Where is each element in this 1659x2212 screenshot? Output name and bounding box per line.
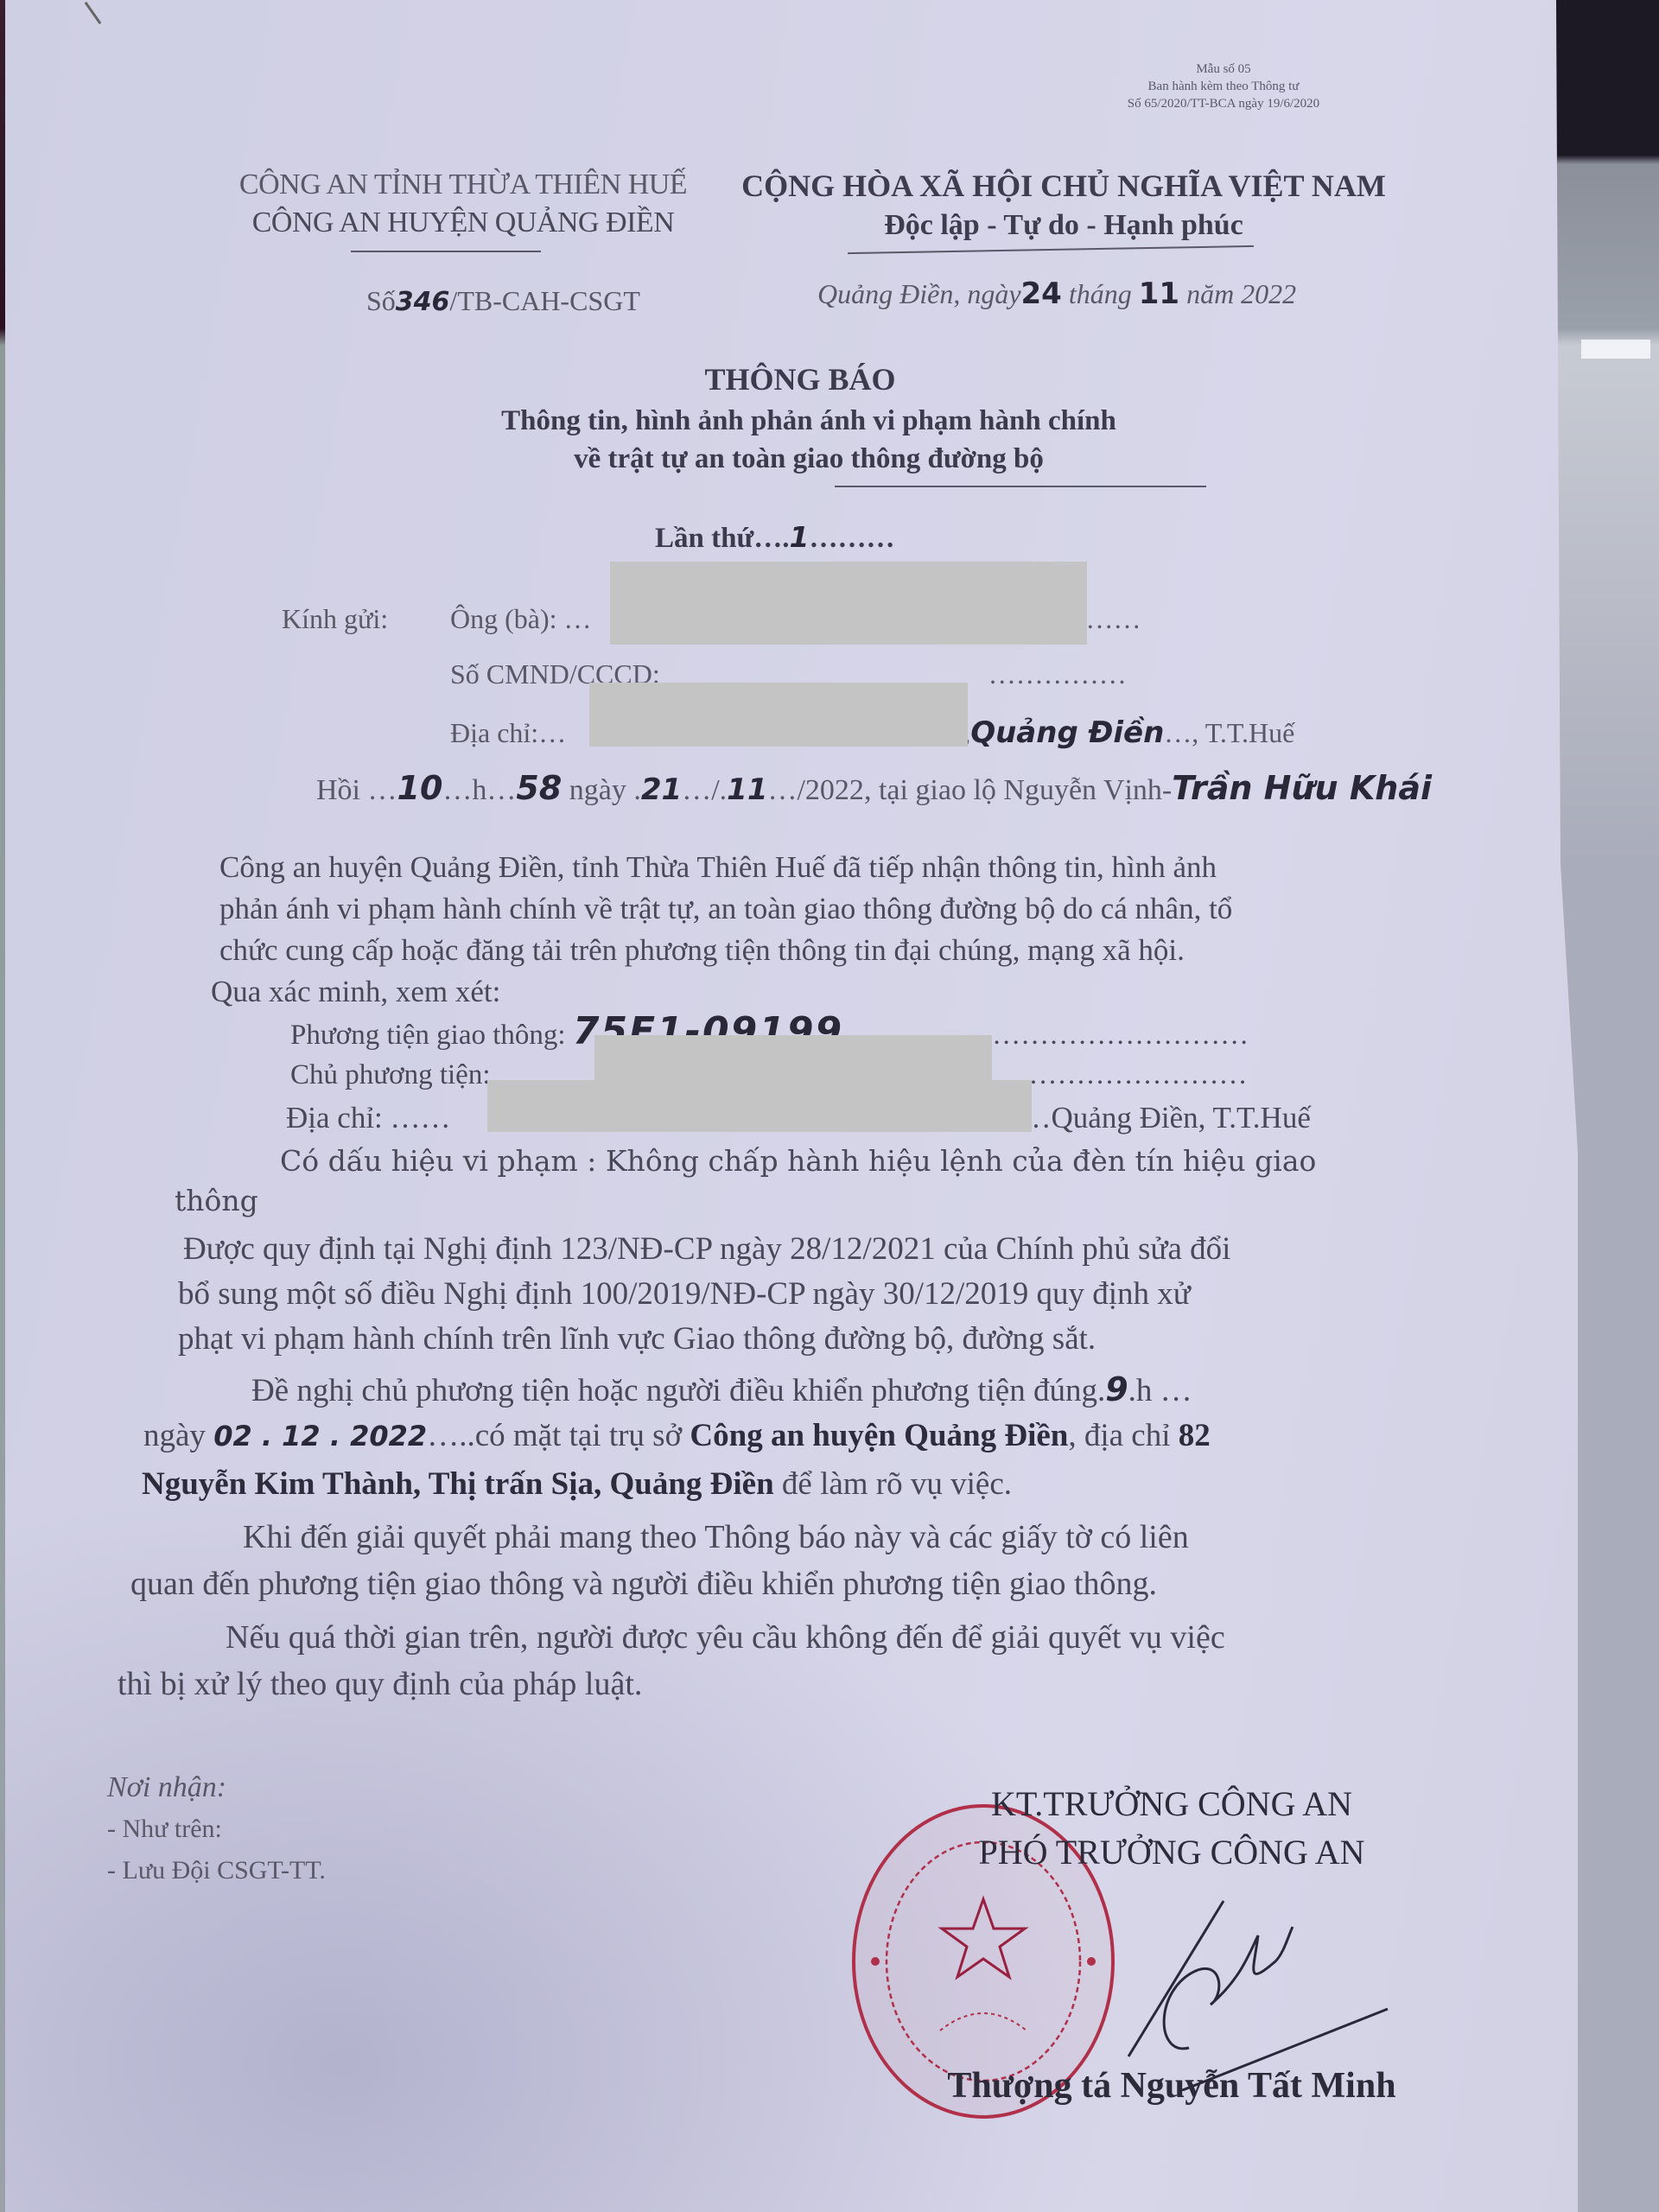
verify-label: Qua xác minh, xem xét: <box>211 971 1232 1013</box>
signatory-line-1: KT.TRƯỞNG CÔNG AN <box>904 1780 1440 1828</box>
agency-underline <box>351 251 541 252</box>
subtitle-line-1: Thông tin, hình ảnh phản ánh vi phạm hàn… <box>377 402 1241 440</box>
signatory-title: KT.TRƯỞNG CÔNG AN PHÓ TRƯỞNG CÔNG AN <box>904 1780 1440 1877</box>
hour-label: h <box>472 774 486 806</box>
bring-documents-paragraph: Khi đến giải quyết phải mang theo Thông … <box>130 1514 1189 1607</box>
recipients-label: Nơi nhận: <box>107 1767 326 1808</box>
title-underline <box>835 486 1206 487</box>
attempt-number: Lần thứ….1……… <box>655 520 894 555</box>
background-object <box>1555 0 1659 156</box>
redacted-recipient-name <box>610 562 1087 645</box>
agency-name: CÔNG AN HUYỆN QUẢNG ĐIỀN <box>213 204 714 242</box>
motto-underline <box>848 245 1254 254</box>
intro-line: chức cung cấp hoặc đăng tải trên phương … <box>219 930 1232 971</box>
document-sheet: Mẫu số 05 Ban hành kèm theo Thông tư Số … <box>5 0 1578 2212</box>
police-office-number: 82 <box>1179 1418 1211 1453</box>
attempt-value: 1 <box>790 520 810 554</box>
request-line-3: Nguyễn Kim Thành, Thị trấn Sịa, Quảng Đi… <box>142 1464 1012 1505</box>
incident-day: 21 <box>641 772 682 807</box>
owner-label: Chủ phương tiện: <box>290 1059 491 1090</box>
form-circular: Số 65/2020/TT-BCA ngày 19/6/2020 <box>1077 95 1370 112</box>
penalty-paragraph: Nếu quá thời gian trên, người được yêu c… <box>118 1614 1225 1707</box>
day-label: ngày <box>569 774 626 806</box>
bring-line: Khi đến giải quyết phải mang theo Thông … <box>243 1514 1189 1560</box>
request-line-1: Đề nghị chủ phương tiện hoặc người điều … <box>251 1369 1192 1412</box>
doc-number-handwritten: 346 <box>396 287 450 317</box>
regulation-line: Được quy định tại Nghị định 123/NĐ-CP ng… <box>183 1227 1230 1272</box>
request-day-label: ngày <box>143 1418 206 1453</box>
recipient-item: - Lưu Đội CSGT-TT. <box>107 1850 326 1891</box>
attempt-label: Lần thứ…. <box>655 523 790 554</box>
incident-hour: 10 <box>397 769 443 807</box>
date-month-label: tháng <box>1069 278 1132 309</box>
police-office-name: Công an huyện Quảng Điền <box>690 1418 1068 1453</box>
request-line-2: ngày 02 . 12 . 2022…..có mặt tại trụ sở … <box>143 1415 1211 1457</box>
redacted-owner-address <box>487 1080 1032 1132</box>
time-label: Hồi <box>316 774 360 806</box>
agency-header: CÔNG AN TỈNH THỪA THIÊN HUẾ CÔNG AN HUYỆ… <box>213 166 714 242</box>
intro-line: Công an huyện Quảng Điền, tỉnh Thừa Thiê… <box>219 847 1232 888</box>
regulation-paragraph: Được quy định tại Nghị định 123/NĐ-CP ng… <box>178 1227 1230 1362</box>
attempt-dots: ……… <box>809 523 894 554</box>
signatory-line-2: PHÓ TRƯỞNG CÔNG AN <box>904 1828 1440 1877</box>
signer-name: Thượng tá Nguyễn Tất Minh <box>895 2065 1448 2107</box>
nation-title: CỘNG HÒA XÃ HỘI CHỦ NGHĨA VIỆT NAM <box>731 166 1396 206</box>
agency-parent: CÔNG AN TỈNH THỪA THIÊN HUẾ <box>213 166 714 204</box>
date-day: 24 <box>1021 276 1062 311</box>
regulation-line: bổ sung một số điều Nghị định 100/2019/N… <box>178 1272 1230 1317</box>
request-mid: …..có mặt tại trụ sở <box>427 1418 682 1453</box>
national-motto: Độc lập - Tự do - Hạnh phúc <box>731 206 1396 245</box>
date-year: năm 2022 <box>1186 278 1296 309</box>
penalty-line: Nếu quá thời gian trên, người được yêu c… <box>226 1614 1225 1661</box>
date-month: 11 <box>1139 276 1179 311</box>
owner-address-suffix: …Quảng Điền, T.T.Huế <box>1021 1101 1311 1135</box>
location-prefix: , tại giao lộ Nguyễn Vịnh- <box>864 774 1172 806</box>
form-reference: Mẫu số 05 Ban hành kèm theo Thông tư Số … <box>1077 60 1370 112</box>
background-light-reflection <box>1581 340 1650 359</box>
violation-description: Có dấu hiệu vi phạm : Không chấp hành hi… <box>280 1141 1316 1182</box>
subtitle-line-2: về trật tự an toàn giao thông đường bộ <box>377 440 1241 478</box>
request-hour-suffix: h … <box>1136 1373 1192 1408</box>
violation-description-cont: thông <box>175 1180 258 1222</box>
owner-address-label: Địa chỉ: <box>286 1101 383 1135</box>
doc-number-suffix: /TB-CAH-CSGT <box>449 285 639 316</box>
incident-time-line: Hồi …10…h…58 ngày .21…/.11…/2022, tại gi… <box>316 769 1432 807</box>
name-label: Ông (bà): <box>450 603 557 634</box>
form-number: Mẫu số 05 <box>1077 60 1370 78</box>
document-title: THÔNG BÁO <box>524 361 1077 397</box>
location-handwritten: Trần Hữu Khái <box>1172 769 1432 807</box>
document-subtitle: Thông tin, hình ảnh phản ánh vi phạm hàn… <box>377 402 1241 478</box>
pen-mark <box>85 2 102 24</box>
penalty-line: thì bị xử lý theo quy định của pháp luật… <box>118 1661 1225 1707</box>
vehicle-label: Phương tiện giao thông: <box>290 1020 566 1051</box>
handwritten-signature <box>1025 1884 1422 2091</box>
form-issued-with: Ban hành kèm theo Thông tư <box>1077 78 1370 95</box>
national-header: CỘNG HÒA XÃ HỘI CHỦ NGHĨA VIỆT NAM Độc l… <box>731 166 1396 245</box>
document-date: Quảng Điền, ngày24 tháng 11 năm 2022 <box>817 276 1296 311</box>
bring-line: quan đến phương tiện giao thông và người… <box>130 1560 1189 1607</box>
date-place: Quảng Điền, ngày <box>817 278 1021 309</box>
doc-number-prefix: Số <box>366 285 396 316</box>
intro-paragraph: Công an huyện Quảng Điền, tỉnh Thừa Thiê… <box>219 847 1232 1013</box>
address-suffix: …, T.T.Huế <box>1164 717 1294 748</box>
request-prefix: Đề nghị chủ phương tiện hoặc người điều … <box>251 1373 1097 1408</box>
recipient-item: - Như trên: <box>107 1808 326 1850</box>
incident-month: 11 <box>727 772 767 807</box>
recipients-block: Nơi nhận: - Như trên: - Lưu Đội CSGT-TT. <box>107 1767 326 1891</box>
address-handwritten: Quảng Điền <box>970 715 1164 750</box>
regulation-line: phạt vi phạm hành chính trên lĩnh vực Gi… <box>178 1317 1230 1362</box>
document-number: Số346/TB-CAH-CSGT <box>366 285 640 317</box>
request-date: 02 . 12 . 2022 <box>213 1420 427 1452</box>
police-office-address: Nguyễn Kim Thành, Thị trấn Sịa, Quảng Đi… <box>142 1466 774 1502</box>
to-label: Kính gửi: <box>282 603 388 635</box>
address-label: Địa chỉ: <box>450 717 538 748</box>
redacted-recipient-address <box>589 683 968 747</box>
request-address-label: , địa chỉ <box>1068 1418 1170 1453</box>
incident-minute: 58 <box>516 769 562 807</box>
request-purpose: để làm rõ vụ việc. <box>782 1466 1012 1502</box>
redacted-owner-name <box>594 1035 992 1080</box>
intro-line: phản ánh vi phạm hành chính về trật tự, … <box>219 888 1232 930</box>
incident-year: /2022 <box>797 774 863 806</box>
request-hour: 9 <box>1105 1370 1128 1408</box>
background-left-edge <box>0 0 5 2212</box>
